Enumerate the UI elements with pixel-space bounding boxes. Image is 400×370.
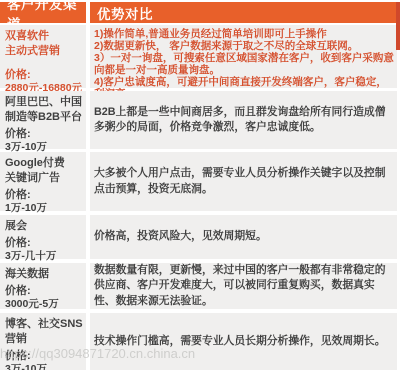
price-value: 3000元-5万 — [5, 298, 84, 311]
channel-cell: 双喜软件 主动式营销 价格: 2880元-16880元 — [0, 25, 86, 88]
comparison-table: 客户开发渠道 优势对比 双喜软件 主动式营销 价格: 2880元-16880元 … — [0, 2, 397, 370]
price-label: 价格: — [5, 285, 84, 298]
header-cell-advantage: 优势对比 — [90, 2, 397, 23]
table-row: 博客、社交SNS 营销 价格: 3万-10万 技术操作门槛高，需要专业人员长期分… — [0, 313, 397, 370]
price-label: 价格: — [5, 189, 84, 202]
advantage-text: 技术操作门槛高，需要专业人员长期分析操作，见效周期长。 — [94, 334, 386, 350]
price-value: 1万-10万 — [5, 202, 84, 215]
advantage-text: 数据数量有限，更新慢，来过中国的客户一般都有非常稳定的供应商、客户开发难度大，可… — [94, 263, 395, 310]
header-cell-channel: 客户开发渠道 — [0, 2, 86, 23]
table-row: 海关数据 价格: 3000元-5万 数据数量有限，更新慢，来过中国的客户一般都有… — [0, 263, 397, 309]
scrollbar-thumb[interactable] — [396, 2, 400, 50]
advantage-cell: 大多被个人用户点击，需要专业人员分析操作关键字以及控制点击预算，投资无底洞。 — [90, 152, 397, 211]
channel-cell: Google付费 关键词广告 价格: 1万-10万 — [0, 152, 86, 211]
table-row: 展会 价格: 3万-几十万 价格高，投资风险大，见效周期短。 — [0, 215, 397, 259]
table-row: 双喜软件 主动式营销 价格: 2880元-16880元 1)操作简单,普通业务员… — [0, 25, 397, 88]
advantage-text: 价格高，投资风险大，见效周期短。 — [94, 229, 267, 245]
price-label: 价格: — [5, 69, 84, 82]
table-row: Google付费 关键词广告 价格: 1万-10万 大多被个人用户点击，需要专业… — [0, 152, 397, 211]
advantage-cell: 技术操作门槛高，需要专业人员长期分析操作，见效周期长。 — [90, 313, 397, 370]
channel-name: 双喜软件 主动式营销 — [5, 29, 84, 59]
price-label: 价格: — [5, 350, 84, 363]
advantage-text: 大多被个人用户点击，需要专业人员分析操作关键字以及控制点击预算，投资无底洞。 — [94, 166, 395, 197]
channel-cell: 阿里巴巴、中国 制造等B2B平台 价格: 3万-10万 — [0, 91, 86, 149]
channel-cell: 海关数据 价格: 3000元-5万 — [0, 263, 86, 309]
advantage-cell: B2B上都是一些中间商居多，而且群发询盘给所有同行造成僧多粥少的局面，价格竞争激… — [90, 91, 397, 149]
advantage-text: 1)操作简单,普通业务员经过简单培训即可上手操作 2)数据更新快， 客户数据来源… — [94, 28, 395, 100]
channel-name: 海关数据 — [5, 267, 84, 282]
table-row: 阿里巴巴、中国 制造等B2B平台 价格: 3万-10万 B2B上都是一些中间商居… — [0, 91, 397, 149]
price-value: 3万-几十万 — [5, 250, 84, 263]
advantage-text: B2B上都是一些中间商居多，而且群发询盘给所有同行造成僧多粥少的局面，价格竞争激… — [94, 105, 395, 136]
channel-name: 展会 — [5, 219, 84, 234]
channel-cell: 博客、社交SNS 营销 价格: 3万-10万 — [0, 313, 86, 370]
advantage-cell: 1)操作简单,普通业务员经过简单培训即可上手操作 2)数据更新快， 客户数据来源… — [90, 25, 397, 88]
price-value: 3万-10万 — [5, 363, 84, 370]
price-label: 价格: — [5, 237, 84, 250]
advantage-cell: 价格高，投资风险大，见效周期短。 — [90, 215, 397, 259]
advantage-cell: 数据数量有限，更新慢，来过中国的客户一般都有非常稳定的供应商、客户开发难度大，可… — [90, 263, 397, 309]
channel-cell: 展会 价格: 3万-几十万 — [0, 215, 86, 259]
price-label: 价格: — [5, 128, 84, 141]
channel-name: 阿里巴巴、中国 制造等B2B平台 — [5, 95, 84, 125]
channel-name: 博客、社交SNS 营销 — [5, 317, 84, 347]
channel-name: Google付费 关键词广告 — [5, 156, 84, 186]
header-row: 客户开发渠道 优势对比 — [0, 2, 397, 23]
